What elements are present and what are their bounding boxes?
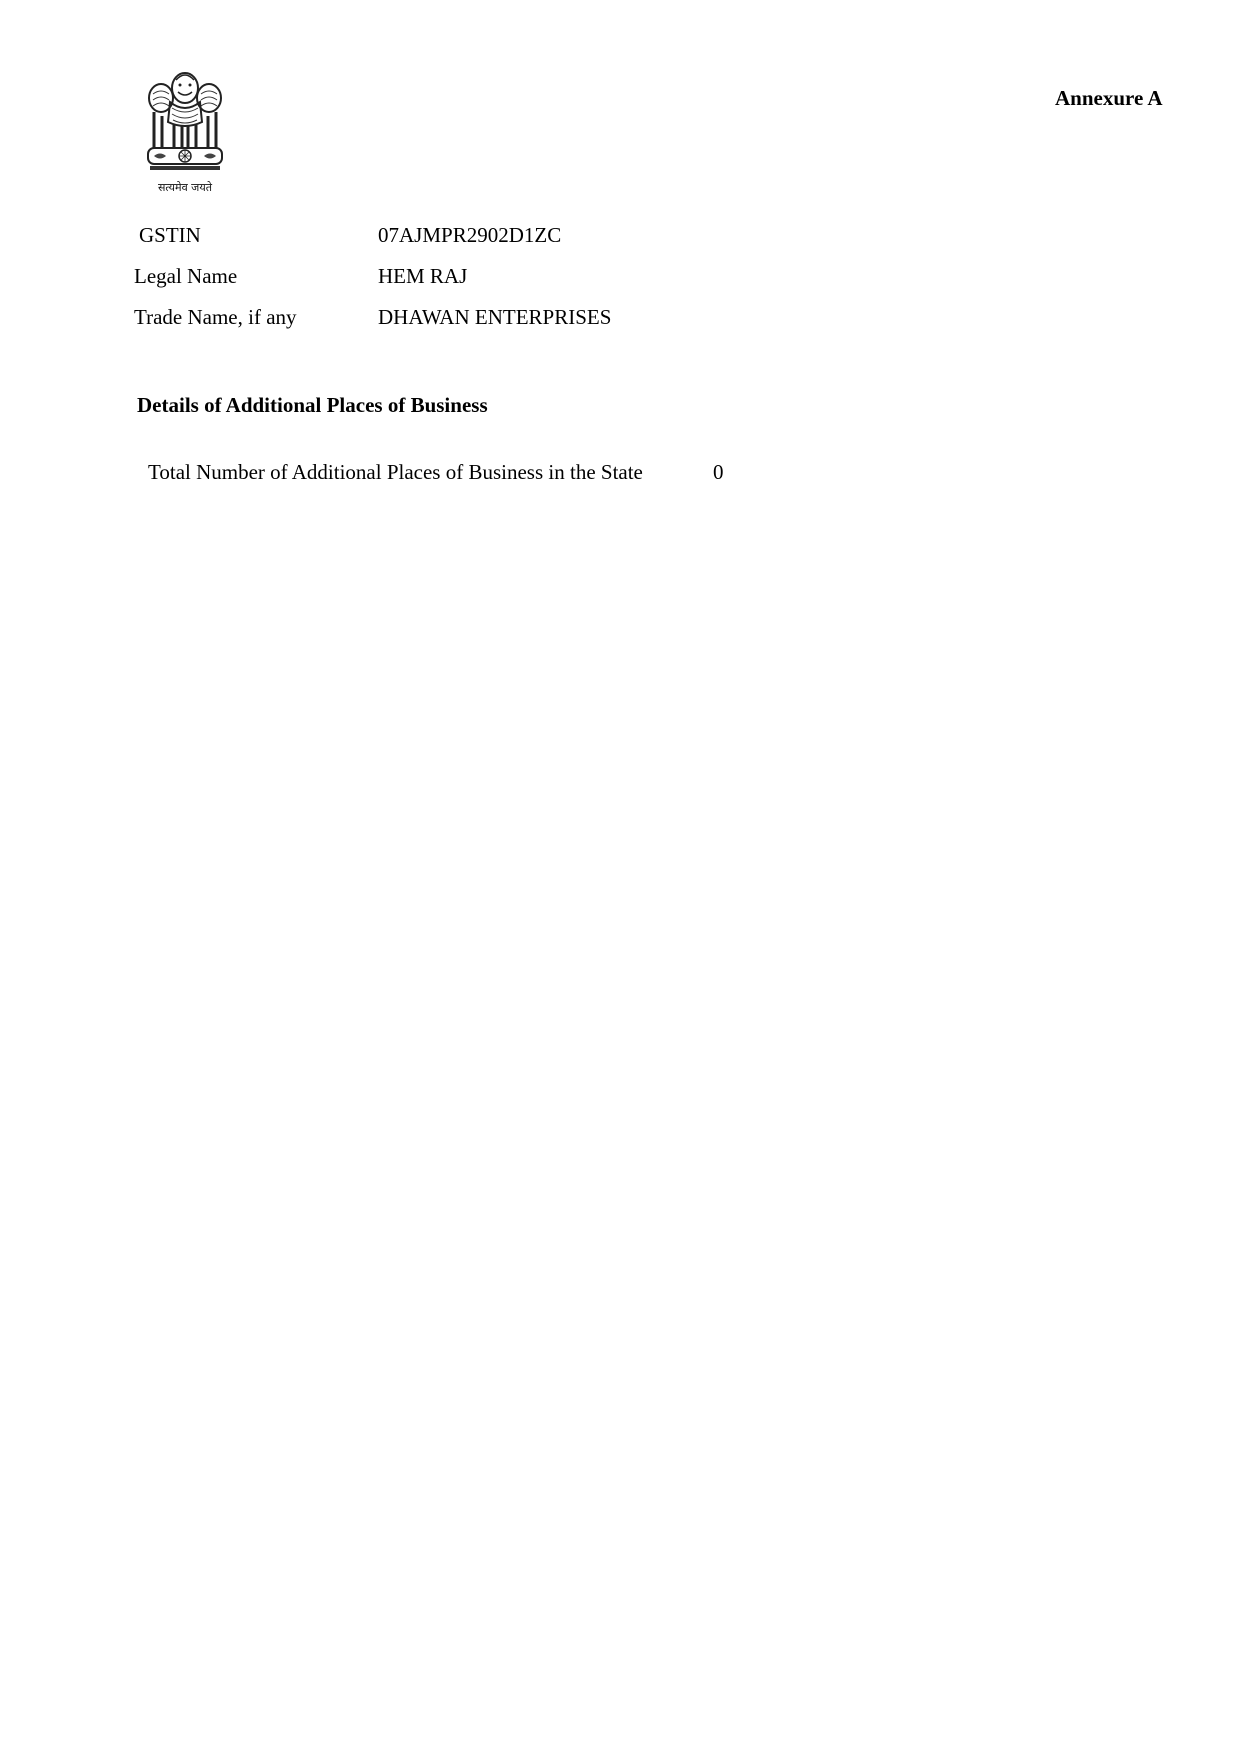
lion-capital-icon (140, 66, 230, 178)
section-title-additional-places: Details of Additional Places of Business (137, 393, 488, 418)
legal-name-value: HEM RAJ (378, 264, 467, 289)
total-additional-places-value: 0 (713, 460, 724, 485)
gstin-value: 07AJMPR2902D1ZC (378, 223, 561, 248)
gstin-row: GSTIN 07AJMPR2902D1ZC (0, 223, 1240, 253)
trade-name-label: Trade Name, if any (134, 305, 297, 330)
emblem-motto: सत्यमेव जयते (140, 180, 230, 195)
annexure-label: Annexure A (1055, 86, 1163, 111)
total-additional-places-label: Total Number of Additional Places of Bus… (148, 460, 643, 485)
legal-name-label: Legal Name (134, 264, 237, 289)
national-emblem-logo: सत्यमेव जयते (140, 66, 230, 200)
trade-name-row: Trade Name, if any DHAWAN ENTERPRISES (0, 305, 1240, 335)
gstin-label: GSTIN (139, 223, 201, 248)
legal-name-row: Legal Name HEM RAJ (0, 264, 1240, 294)
trade-name-value: DHAWAN ENTERPRISES (378, 305, 611, 330)
